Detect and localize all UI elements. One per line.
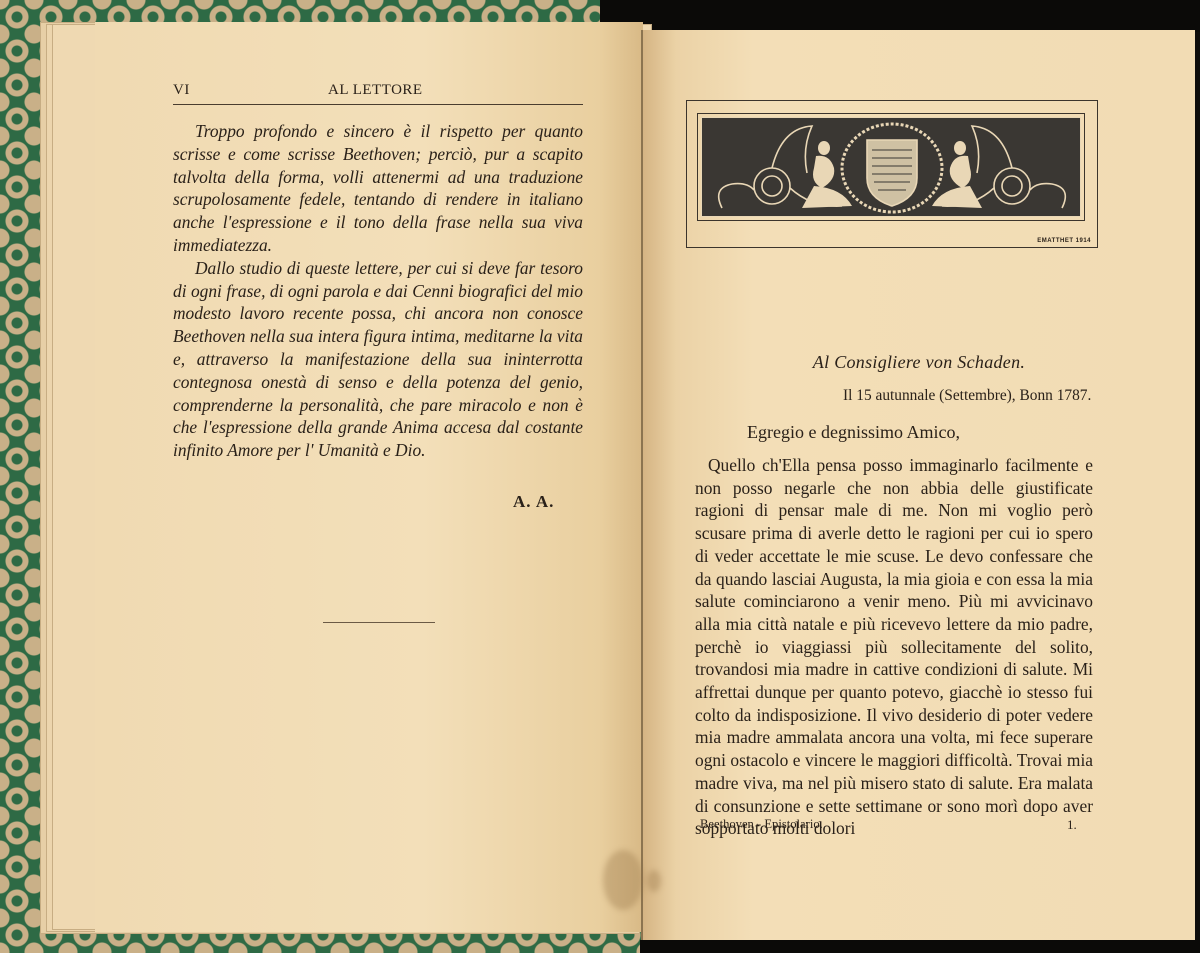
running-head: VI AL LETTORE xyxy=(173,80,583,105)
left-page: VI AL LETTORE Troppo profondo e sincero … xyxy=(95,22,643,932)
author-initials: A. A. xyxy=(513,492,554,512)
sirens-coat-of-arms-icon xyxy=(702,118,1081,217)
footer-book-title: Beethoven - Epistolario. xyxy=(700,817,823,832)
paragraph: Dallo studio di queste lettere, per cui … xyxy=(173,257,583,462)
paragraph: Troppo profondo e sincero è il rispetto … xyxy=(173,120,583,257)
right-page: EMATTHET 1914 Al Consigliere von Schaden… xyxy=(643,30,1195,940)
letter-date-line: Il 15 autunnale (Settembre), Bonn 1787. xyxy=(843,387,1091,405)
water-stain xyxy=(647,870,661,892)
letter-body: Quello ch'Ella pensa posso immaginarlo f… xyxy=(695,454,1093,840)
page-number: VI xyxy=(173,82,190,99)
water-stain xyxy=(603,850,643,910)
preface-text: Troppo profondo e sincero è il rispetto … xyxy=(173,120,583,462)
engraving-illustration xyxy=(701,117,1081,217)
running-head-title: AL LETTORE xyxy=(328,82,423,99)
letter-salutation: Egregio e degnissimo Amico, xyxy=(747,422,960,443)
letter-recipient-heading: Al Consigliere von Schaden. xyxy=(643,352,1195,373)
section-divider xyxy=(323,622,435,623)
background-dark-bottom xyxy=(640,940,1200,953)
signature-mark: 1. xyxy=(1067,817,1077,833)
paragraph: Quello ch'Ella pensa posso immaginarlo f… xyxy=(695,454,1093,840)
headpiece-frame xyxy=(697,113,1085,221)
artist-signature: EMATTHET 1914 xyxy=(1037,238,1091,244)
background-dark-top xyxy=(600,0,1200,32)
decorative-headpiece: EMATTHET 1914 xyxy=(686,100,1098,248)
